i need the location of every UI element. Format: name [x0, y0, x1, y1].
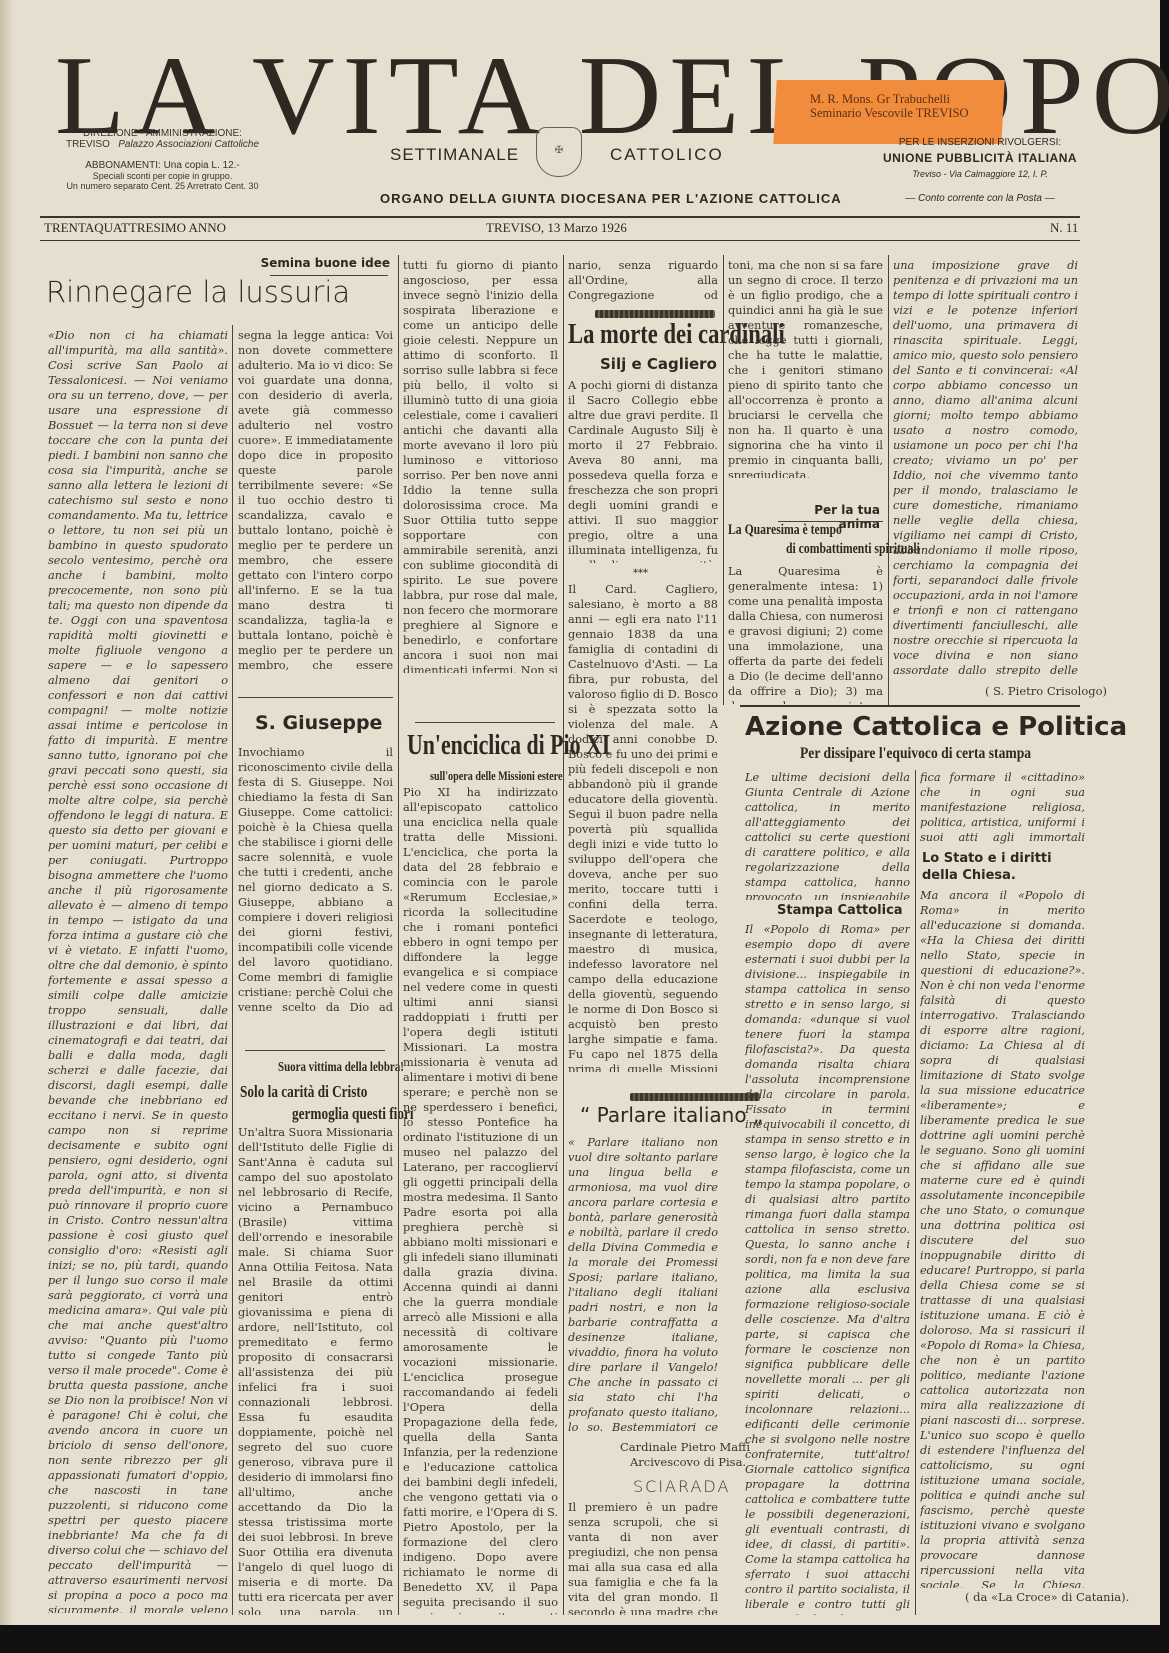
suora-title-line2: germoglia questi fiori: [292, 1104, 414, 1124]
lussuria-kicker: Semina buone idee: [230, 256, 390, 270]
ornament-rule: [630, 1093, 760, 1101]
administration-info: DIREZIONE - AMMINISTRAZIONE: TREVISO Pal…: [45, 128, 280, 191]
azione-col2b: Ma ancora il «Popolo di Roma» in merito …: [920, 888, 1085, 1588]
quaresima-body: La Quaresima è generalmente intesa: 1) c…: [728, 564, 883, 704]
suora-kicker: Suora vittima della lebbra!: [278, 1060, 404, 1076]
cardinali-body2: Il Card. Cagliero, salesiano, è morto a …: [568, 582, 718, 1072]
suora-title-line1: Solo la carità di Cristo: [240, 1082, 367, 1102]
parlare-signature-title: Arcivescovo di Pisa.: [630, 1455, 746, 1469]
issue-date: TREVISO, 13 Marzo 1926: [486, 220, 627, 236]
settimanale-label: SETTIMANALE: [390, 145, 519, 165]
column-rule: [723, 255, 724, 705]
azione-subtitle: Per dissipare l'equivoco di certa stampa: [800, 745, 1031, 763]
newspaper-page: LA VITA DEL POPOLO M. R. Mons. Gr Trabuc…: [0, 0, 1160, 1625]
lussuria-col2: segna la legge antica: Voi non dovete co…: [238, 328, 393, 673]
organo-line: ORGANO DELLA GIUNTA DIOCESANA PER L'AZIO…: [380, 191, 842, 206]
sciarada-body: Il premiero è un padre senza scrupoli, c…: [568, 1500, 718, 1615]
azione-col2: fica formare il «cittadino» che in ogni …: [920, 770, 1085, 845]
section-rule: [238, 697, 393, 698]
stampa-cattolica-heading: Stampa Cattolica: [777, 903, 903, 918]
sciarada-continuation: toni, ma che non si sa fare un segno di …: [728, 258, 883, 478]
suora-continuation: tutti fu giorno di pianto angoscioso, pe…: [403, 258, 558, 673]
enciclica-continuation: nario, senza riguardo all'Ordine, alla C…: [568, 258, 718, 304]
giuseppe-title: S. Giuseppe: [255, 712, 382, 734]
section-rule: [415, 722, 555, 723]
cattolico-label: CATTOLICO: [610, 145, 724, 165]
quaresima-source: ( S. Pietro Crisologo): [985, 684, 1107, 698]
quaresima-title-line1: La Quaresima è tempo: [728, 522, 842, 539]
section-rule: [245, 1050, 385, 1051]
sciarada-title: SCIARADA: [633, 1477, 730, 1496]
enciclica-body: Pio XI ha indirizzato all'episcopato cat…: [403, 785, 558, 1615]
stato-diritti-heading: Lo Stato e i diritti della Chiesa.: [922, 850, 1087, 884]
column-rule: [915, 770, 916, 1615]
azione-col1: Le ultime decisioni della Giunta Central…: [745, 770, 910, 900]
azione-title: Azione Cattolica e Politica: [745, 712, 1127, 742]
issue-number: N. 11: [1050, 220, 1078, 236]
quaresima-continuation: una imposizione grave di penitenza e di …: [893, 258, 1078, 678]
azione-source: ( da «La Croce» di Catania).: [965, 1590, 1129, 1604]
suora-body: Un'altra Suora Missionaria dell'Istituto…: [238, 1125, 393, 1615]
enciclica-subtitle: sull'opera delle Missioni estere: [430, 768, 562, 784]
masthead-rule: [40, 216, 1080, 218]
column-rule: [232, 325, 233, 1615]
column-rule: [398, 255, 399, 1615]
section-stars: ***: [633, 568, 648, 579]
lussuria-title: Rinnegare la lussuria: [46, 275, 350, 309]
dateline-rule: [40, 240, 1080, 241]
parlare-signature-name: Cardinale Pietro Maffi: [620, 1440, 750, 1454]
cardinali-body: A pochi giorni di distanza il Sacro Coll…: [568, 378, 718, 563]
advertising-info: PER LE INSERZIONI RIVOLGERSI: UNIONE PUB…: [880, 137, 1080, 204]
scan-border: [0, 1625, 1169, 1653]
column-rule: [888, 255, 889, 705]
cardinali-subtitle: Silj e Cagliero: [600, 355, 717, 373]
giuseppe-body: Invochiamo il riconoscimento civile dell…: [238, 745, 393, 1017]
crest-icon: ✠: [536, 127, 582, 177]
year-label: TRENTAQUATTRESIMO ANNO: [44, 220, 226, 236]
column-rule: [563, 255, 564, 1615]
azione-col1b: Il «Popolo di Roma» per esempio dopo di …: [745, 922, 910, 1615]
ornament-rule: [595, 310, 715, 318]
section-rule: [740, 705, 1080, 707]
parlare-body: « Parlare italiano non vuol dire soltant…: [568, 1135, 718, 1435]
parlare-title: “ Parlare italiano „: [580, 1103, 763, 1127]
address-label-text: M. R. Mons. Gr Trabuchelli Seminario Ves…: [810, 92, 969, 120]
lussuria-col1: «Dio non ci ha chiamati all'impurità, ma…: [48, 328, 228, 1613]
